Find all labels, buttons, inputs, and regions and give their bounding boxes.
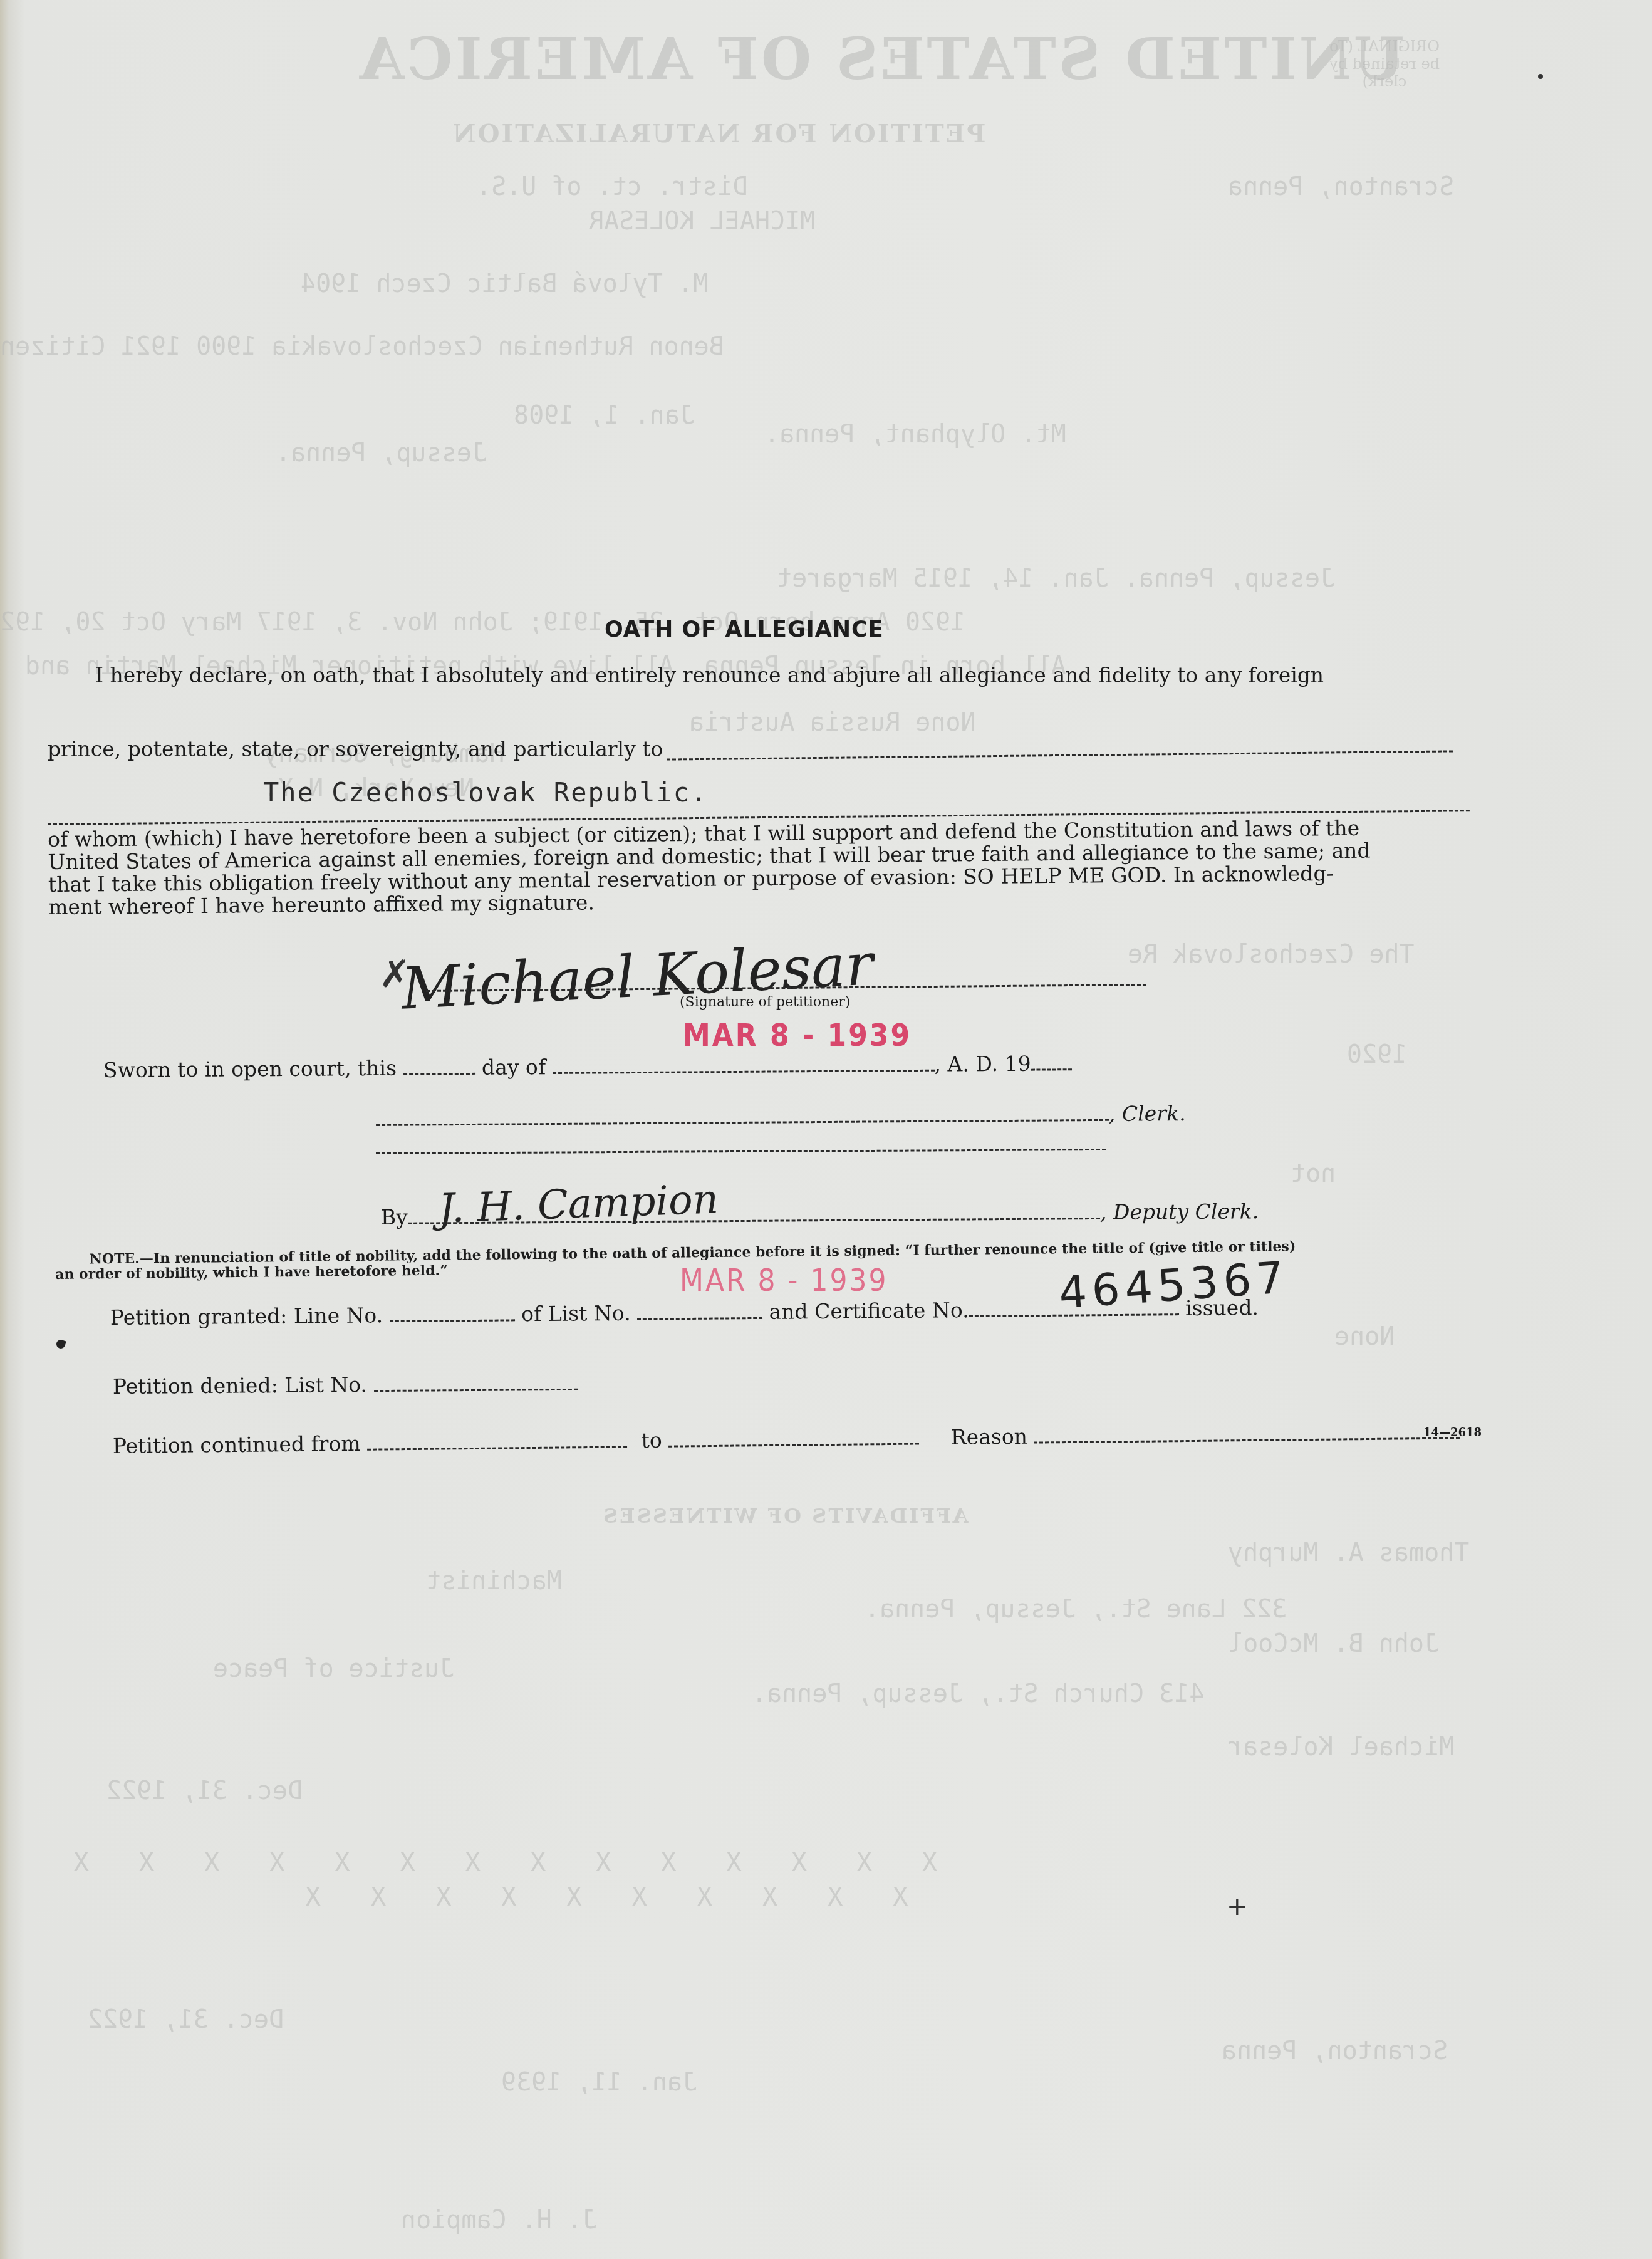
oath-paragraph: of whom (which) I have heretofore been a… xyxy=(48,815,1527,919)
bleed-line: The Czechoslovak Re xyxy=(1128,940,1415,969)
year-blank xyxy=(1031,1068,1072,1070)
by-label: By xyxy=(381,1205,408,1229)
sworn-date-stamp: MAR 8 - 1939 xyxy=(683,1017,912,1054)
petition-denied-line: Petition denied: List No. xyxy=(113,1372,578,1398)
petitioner-signature-caption: (Signature of petitioner) xyxy=(680,991,850,1014)
document-page: UNITED STATES OF AMERICA PETITION FOR NA… xyxy=(0,0,1652,2259)
sovereignty-blank xyxy=(667,750,1453,760)
denied-label: Petition denied: List No. xyxy=(113,1372,367,1399)
bleed-line: MICHAEL KOLESAR xyxy=(589,207,815,236)
continued-label: Petition continued from xyxy=(113,1431,361,1458)
bleed-corner-note: ORIGINAL (To be retained by clerk) xyxy=(1322,38,1447,90)
bleed-line: 413 Church St., Jessup, Penna. xyxy=(752,1679,1204,1708)
deputy-blank xyxy=(408,1218,1100,1224)
plus-mark: + xyxy=(1227,1892,1248,1921)
oath-title: OATH OF ALLEGIANCE xyxy=(605,617,884,642)
bleed-line: Jessup, Penna. xyxy=(276,439,487,467)
bleed-line: None xyxy=(1334,1322,1395,1351)
bleed-line: Scranton, Penna xyxy=(1222,2037,1448,2065)
form-number: 14—2618 xyxy=(1423,1426,1482,1439)
denied-list-blank xyxy=(374,1389,578,1392)
list-no-blank xyxy=(637,1317,762,1320)
ad-label: , A. D. 19 xyxy=(934,1051,1031,1077)
oath-line-2-text: prince, potentate, state, or sovereignty… xyxy=(48,737,663,761)
bleed-subheader: PETITION FOR NATURALIZATION xyxy=(451,119,985,149)
deputy-clerk-label: , Deputy Clerk. xyxy=(1100,1199,1259,1224)
bleed-line: M. Tylová Baltic Czech 1904 xyxy=(301,269,708,298)
bleed-line: Benon Ruthenian Czechoslovakia 1900 1921… xyxy=(0,332,724,361)
ink-speck xyxy=(1538,74,1543,79)
bleed-line: X X X X X X X X X X X X X X xyxy=(56,1849,937,1877)
bleed-line: Jessup, Penna. Jan. 14, 1915 Margaret xyxy=(777,564,1335,593)
clerk-line: , Clerk. xyxy=(376,1102,1186,1130)
x-mark-icon: ✗ xyxy=(379,952,410,996)
granted-date-stamp: MAR 8 - 1939 xyxy=(680,1262,888,1299)
reason-blank xyxy=(1034,1437,1460,1443)
bleed-line: Jan. 1, 1908 xyxy=(514,401,695,430)
granted-label: Petition granted: Line No. xyxy=(110,1303,383,1330)
clerk-label: , Clerk. xyxy=(1109,1101,1186,1126)
bleed-line: Thomas A. Murphy xyxy=(1228,1538,1469,1567)
month-blank xyxy=(553,1070,935,1074)
bleed-line: Jan. 11, 1939 xyxy=(501,2068,697,2097)
bleed-line: 322 Lane St., Jessup, Penna. xyxy=(865,1595,1287,1624)
clerk-blank xyxy=(376,1119,1109,1126)
certificate-label: and Certificate No. xyxy=(769,1298,969,1324)
bleed-section: AFFIDAVITS OF WITNESSES xyxy=(601,1504,968,1528)
day-blank xyxy=(403,1073,475,1075)
bleed-line: Justice of Peace xyxy=(213,1654,454,1683)
bleed-line: John B. McCool xyxy=(1228,1629,1439,1658)
bleed-line: Dec. 31, 1922 xyxy=(106,1776,303,1805)
line-no-blank xyxy=(390,1319,515,1322)
bleed-line: Scranton, Penna xyxy=(1228,172,1454,201)
reason-label: Reason xyxy=(951,1424,1028,1449)
note-lead: NOTE.— xyxy=(90,1250,153,1267)
bleed-line: None Russia Austria xyxy=(689,708,976,737)
bleed-line: Michael Kolesar xyxy=(1228,1733,1454,1761)
bleed-line: Mt. Olyphant, Penna. xyxy=(764,420,1066,449)
clerk-second-line xyxy=(376,1149,1106,1154)
continued-to-blank xyxy=(668,1443,919,1448)
bleed-line: J. H. Campion xyxy=(401,2206,597,2235)
bleed-line: not xyxy=(1291,1159,1336,1188)
bleed-line: X X X X X X X X X X xyxy=(288,1883,908,1912)
day-of-label: day of xyxy=(482,1055,546,1080)
sworn-line: Sworn to in open court, this day of , A.… xyxy=(103,1052,1072,1082)
continued-from-blank xyxy=(367,1446,627,1450)
bleed-header: UNITED STATES OF AMERICA xyxy=(357,25,1405,93)
to-label: to xyxy=(641,1428,662,1453)
oath-line-1: I hereby declare, on oath, that I absolu… xyxy=(95,664,1324,687)
bleed-line: Distr. ct. of U.S. xyxy=(476,172,747,201)
petition-continued-line: Petition continued from to Reason xyxy=(113,1421,1460,1458)
of-list-label: of List No. xyxy=(521,1301,631,1327)
bleed-line: Dec. 31, 1922 xyxy=(88,2005,284,2034)
oath-line-2: prince, potentate, state, or sovereignty… xyxy=(48,738,1453,761)
bleed-line: 1920 xyxy=(1347,1040,1407,1069)
bullet-mark xyxy=(55,1338,66,1350)
sovereignty-filled: The Czechoslovak Republic. xyxy=(263,777,707,808)
bleed-line: Machinist xyxy=(426,1567,562,1595)
sworn-prefix: Sworn to in open court, this xyxy=(103,1056,397,1082)
